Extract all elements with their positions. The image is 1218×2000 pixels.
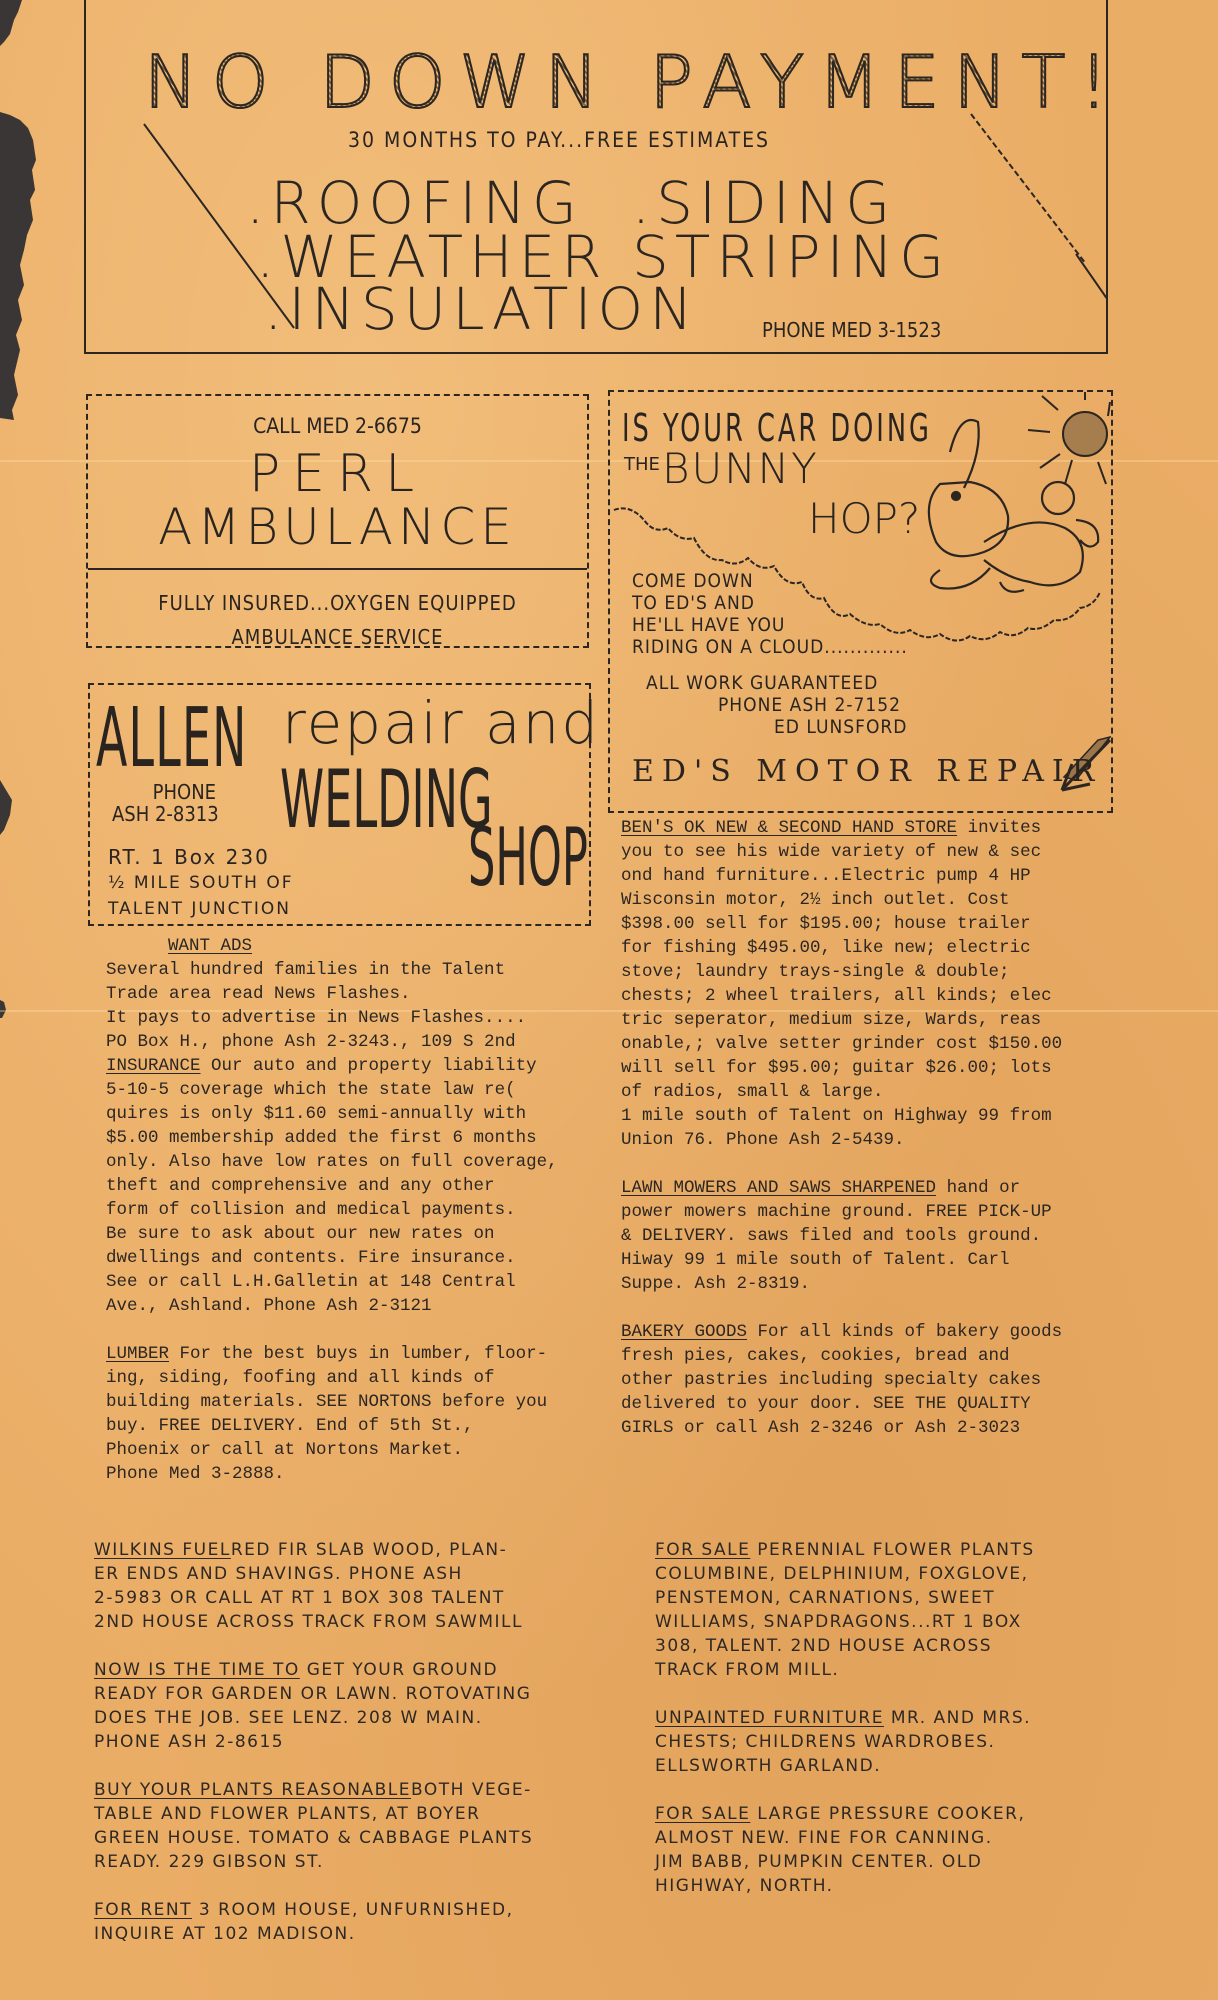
ambulance-description: FULLY INSURED...OXYGEN EQUIPPED AMBULANC… bbox=[88, 586, 587, 654]
classified-ad: FOR SALE LARGE PRESSURE COOKER, ALMOST N… bbox=[655, 1802, 1035, 1898]
classified-ad: BEN'S OK NEW & SECOND HAND STORE invites… bbox=[621, 816, 1062, 1152]
services-line-3: .INSULATION bbox=[264, 280, 699, 338]
ambulance-name: PERL bbox=[88, 444, 587, 504]
address-line: TALENT JUNCTION bbox=[108, 899, 291, 919]
address-line: RT. 1 Box 230 bbox=[108, 845, 270, 869]
ambulance-title: AMBULANCE bbox=[88, 498, 587, 556]
classified-ad: FOR RENT 3 ROOM HOUSE, UNFURNISHED, INQU… bbox=[94, 1898, 533, 1946]
subheadline: 30 MONTHS TO PAY...FREE ESTIMATES bbox=[348, 128, 770, 152]
eds-phone: PHONE ASH 2-7152 bbox=[646, 694, 901, 716]
eds-owner: ED LUNSFORD bbox=[646, 716, 907, 738]
eds-headline-the: THE bbox=[624, 454, 660, 475]
eds-body: COME DOWN TO ED'S AND HE'LL HAVE YOU RID… bbox=[632, 570, 908, 658]
headline: NO DOWN PAYMENT! bbox=[144, 40, 1122, 124]
allen-name: ALLEN bbox=[96, 691, 248, 786]
classified-ad-heading: BUY YOUR PLANTS REASONABLE bbox=[94, 1780, 411, 1800]
ambulance-ad: CALL MED 2-6675 PERL AMBULANCE FULLY INS… bbox=[86, 394, 589, 648]
allen-phone-label: PHONE bbox=[115, 780, 216, 804]
classified-ad: NOW IS THE TIME TO GET YOUR GROUND READY… bbox=[94, 1658, 533, 1754]
classified-ad-text: Our auto and property liability 5-10-5 c… bbox=[106, 1056, 558, 1316]
classified-ad-heading: NOW IS THE TIME TO bbox=[94, 1660, 300, 1680]
classified-ad-heading: FOR RENT bbox=[94, 1900, 192, 1920]
roofing-phone: PHONE MED 3-1523 bbox=[762, 318, 941, 342]
eds-contact: ALL WORK GUARANTEED PHONE ASH 2-7152 ED … bbox=[646, 672, 907, 738]
divider bbox=[88, 568, 587, 570]
want-ads-intro: Several hundred families in the Talent T… bbox=[106, 958, 526, 1054]
allen-phone-number: ASH 2-8313 bbox=[112, 802, 219, 826]
want-ads-left-column: INSURANCE Our auto and property liabilit… bbox=[106, 1054, 558, 1510]
ambulance-phone: CALL MED 2-6675 bbox=[88, 414, 587, 438]
allen-business-shop: SHOP bbox=[468, 811, 588, 904]
classified-ad: BUY YOUR PLANTS REASONABLEBOTH VEGE- TAB… bbox=[94, 1778, 533, 1874]
eds-business-name: ED'S MOTOR REPAIR bbox=[632, 754, 1102, 789]
eds-guarantee: ALL WORK GUARANTEED bbox=[646, 672, 878, 694]
lower-ads-left-column: WILKINS FUELRED FIR SLAB WOOD, PLAN- ER … bbox=[94, 1538, 533, 1970]
want-ads-right-column: BEN'S OK NEW & SECOND HAND STORE invites… bbox=[621, 816, 1062, 1464]
classified-ad: WILKINS FUELRED FIR SLAB WOOD, PLAN- ER … bbox=[94, 1538, 533, 1634]
classified-ad-heading: FOR SALE bbox=[655, 1804, 750, 1824]
classified-ad-heading: WILKINS FUEL bbox=[94, 1540, 231, 1560]
classified-ad-text: PERENNIAL FLOWER PLANTS COLUMBINE, DELPH… bbox=[655, 1540, 1035, 1680]
classified-ad: FOR SALE PERENNIAL FLOWER PLANTS COLUMBI… bbox=[655, 1538, 1035, 1682]
classified-ad: LAWN MOWERS AND SAWS SHARPENED hand or p… bbox=[621, 1176, 1062, 1296]
want-ads-heading: WANT ADS bbox=[168, 936, 252, 956]
welding-ad: ALLEN repair and WELDING SHOP PHONE ASH … bbox=[88, 683, 591, 926]
eds-headline-hop: HOP? bbox=[808, 494, 920, 543]
allen-phone: PHONE ASH 2-8313 bbox=[112, 781, 219, 825]
ambulance-desc-line: AMBULANCE SERVICE bbox=[232, 625, 444, 649]
motor-repair-ad: IS YOUR CAR DOING THE BUNNY HOP? COME DO… bbox=[608, 390, 1113, 813]
classified-ad-heading: BAKERY GOODS bbox=[621, 1322, 747, 1342]
classified-ad-text: For the best buys in lumber, floor- ing,… bbox=[106, 1344, 547, 1484]
allen-tagline: repair and bbox=[282, 689, 600, 757]
classified-ad: INSURANCE Our auto and property liabilit… bbox=[106, 1054, 558, 1318]
address-line: ½ MILE SOUTH OF bbox=[108, 873, 294, 893]
classified-ad-heading: INSURANCE bbox=[106, 1056, 201, 1076]
roofing-ad: NO DOWN PAYMENT! 30 MONTHS TO PAY...FREE… bbox=[84, 0, 1108, 354]
classified-ad-heading: BEN'S OK NEW & SECOND HAND STORE bbox=[621, 818, 957, 838]
classified-ad: LUMBER For the best buys in lumber, floo… bbox=[106, 1342, 558, 1486]
classified-ad-heading: FOR SALE bbox=[655, 1540, 750, 1560]
classified-ad: UNPAINTED FURNITURE MR. AND MRS. CHESTS;… bbox=[655, 1706, 1035, 1778]
allen-address: RT. 1 Box 230 ½ MILE SOUTH OF TALENT JUN… bbox=[108, 845, 294, 921]
want-ads-title: WANT ADS bbox=[168, 934, 252, 958]
torn-edge bbox=[0, 0, 40, 2000]
classified-ad-text: invites you to see his wide variety of n… bbox=[621, 818, 1062, 1150]
classified-ad: BAKERY GOODS For all kinds of bakery goo… bbox=[621, 1320, 1062, 1440]
ambulance-desc-line: FULLY INSURED...OXYGEN EQUIPPED bbox=[158, 591, 516, 615]
classified-ad-heading: LAWN MOWERS AND SAWS SHARPENED bbox=[621, 1178, 936, 1198]
lower-ads-right-column: FOR SALE PERENNIAL FLOWER PLANTS COLUMBI… bbox=[655, 1538, 1035, 1922]
classified-ad-heading: UNPAINTED FURNITURE bbox=[655, 1708, 884, 1728]
allen-business: WELDING bbox=[280, 753, 493, 846]
eds-headline-bunny: BUNNY bbox=[662, 444, 819, 493]
classified-ad-heading: LUMBER bbox=[106, 1344, 169, 1364]
